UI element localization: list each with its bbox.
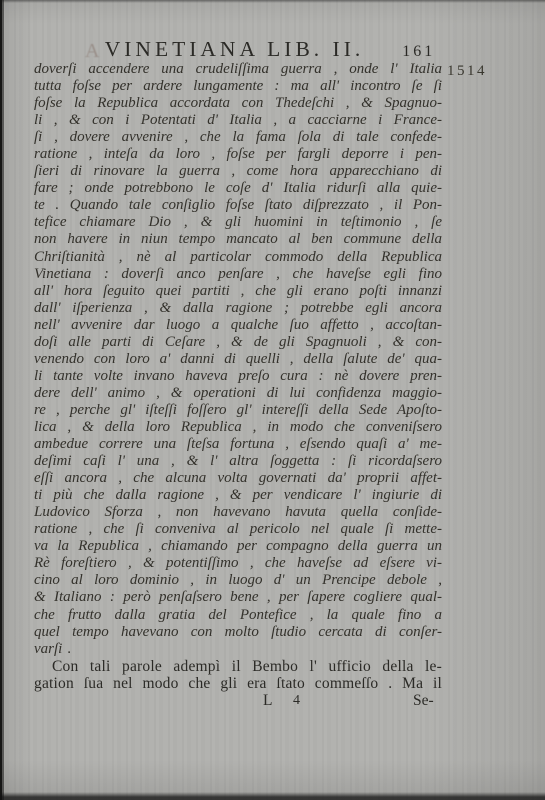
body-line-5: ſi , dovere avvenire , che la fama ſola … xyxy=(34,129,442,146)
body-line-13: Vinetiana : doverſi anco penſare , che h… xyxy=(34,266,442,283)
body-line-31: cino al loro dominio , in luogo d' un Pr… xyxy=(34,572,442,589)
body-line-24: deſimi caſi l' una , & l' altra ſoggetta… xyxy=(34,453,442,470)
left-edge-shadow xyxy=(0,0,4,800)
signature-number: 4 xyxy=(293,692,300,709)
body-line-16: nell' avvenire dar luogo a qualche ſuo a… xyxy=(34,317,442,334)
body-line-27: Ludovico Sforza , non havevano havuta qu… xyxy=(34,504,442,521)
body-line-4: li , & con i Potentati d' Italia , a cac… xyxy=(34,112,442,129)
book-page-scan: { "document": { "header": { "title": "VI… xyxy=(0,0,545,800)
running-header: VINETIANA LIB. II. 161 xyxy=(66,37,474,62)
signature-letter: L xyxy=(263,692,272,709)
body-line-30: Rè foreſtiero , & potentiſſimo , che hav… xyxy=(34,555,442,572)
bleedthrough-ghost-letter: A xyxy=(85,40,99,63)
body-line-7: ſieri di rinovare la guerra , come hora … xyxy=(34,163,442,180)
body-line-21: re , perche gl' iſteſſi foſſero gl' inte… xyxy=(34,402,442,419)
body-line-14: all' hora ſeguito quei partiti , che gli… xyxy=(34,283,442,300)
body-line-20: dere dell' animo , & operationi di lui c… xyxy=(34,385,442,402)
body-line-1: doverſi accendere una crudeliſſima guerr… xyxy=(34,61,442,78)
body-line-11: non havere in niun tempo mancato al ben … xyxy=(34,231,442,248)
body-line-15: dall' iſperienza , & dalla ragione ; pot… xyxy=(34,300,442,317)
body-line-9: te . Quando tale conſiglio foſse ſtato d… xyxy=(34,197,442,214)
bottom-edge-shadow xyxy=(0,792,545,800)
body-line-33: che frutto dalla gratia del Pontefice , … xyxy=(34,607,442,624)
body-line-17: doſi alle parti di Ceſare , & de gli Spa… xyxy=(34,334,442,351)
body-line-23: ambedue correre una ſteſsa fortuna , eſs… xyxy=(34,436,442,453)
body-line-10: tefice chiamare Dio , & gli huomini in t… xyxy=(34,214,442,231)
page-number: 161 xyxy=(402,43,435,61)
body-line-19: li tante volte invano haveva preſo cura … xyxy=(34,368,442,385)
body-line-3: foſse la Republica accordata con Thedeſc… xyxy=(34,95,442,112)
body-text: doverſi accendere una crudeliſſima guerr… xyxy=(34,61,442,709)
body-line-2: tutta foſse per ardere lungamente : ma a… xyxy=(34,78,442,95)
body-line-34: quel tempo havevano con molto ſtudio cer… xyxy=(34,624,442,641)
body-line-29: va la Republica , chiamando per compagno… xyxy=(34,538,442,555)
body-line-22: lica , & della loro Republica , in modo … xyxy=(34,419,442,436)
body-line-28: ratione , che ſi conveniva al pericolo n… xyxy=(34,521,442,538)
body-line-18: venendo con loro a' danni di quelli , de… xyxy=(34,351,442,368)
catchword: Se- xyxy=(413,692,434,709)
body-line-8: fare ; onde potrebbono le coſe d' Italia… xyxy=(34,180,442,197)
body-line-37: gation ſua nel modo che gli era ſtato co… xyxy=(34,675,442,692)
top-edge-shadow xyxy=(0,0,545,3)
body-line-32: & Italiano : però penſaſsero bene , per … xyxy=(34,589,442,606)
margin-note-year: 1514 xyxy=(447,63,487,80)
body-line-36: Con tali parole adempì il Bembo l' uffic… xyxy=(34,658,442,675)
body-line-12: Chriſtianità , nè al particolar commodo … xyxy=(34,249,442,266)
body-line-6: ratione , inteſa da loro , foſse per far… xyxy=(34,146,442,163)
body-line-25: eſſi ancora , che alcuna volta governati… xyxy=(34,470,442,487)
signature-row: L4Se- xyxy=(34,692,442,709)
body-line-35: varſi . xyxy=(34,641,442,658)
header-title: VINETIANA LIB. II. xyxy=(105,37,365,62)
body-line-26: ti più che dalla ragione , & per vendica… xyxy=(34,487,442,504)
